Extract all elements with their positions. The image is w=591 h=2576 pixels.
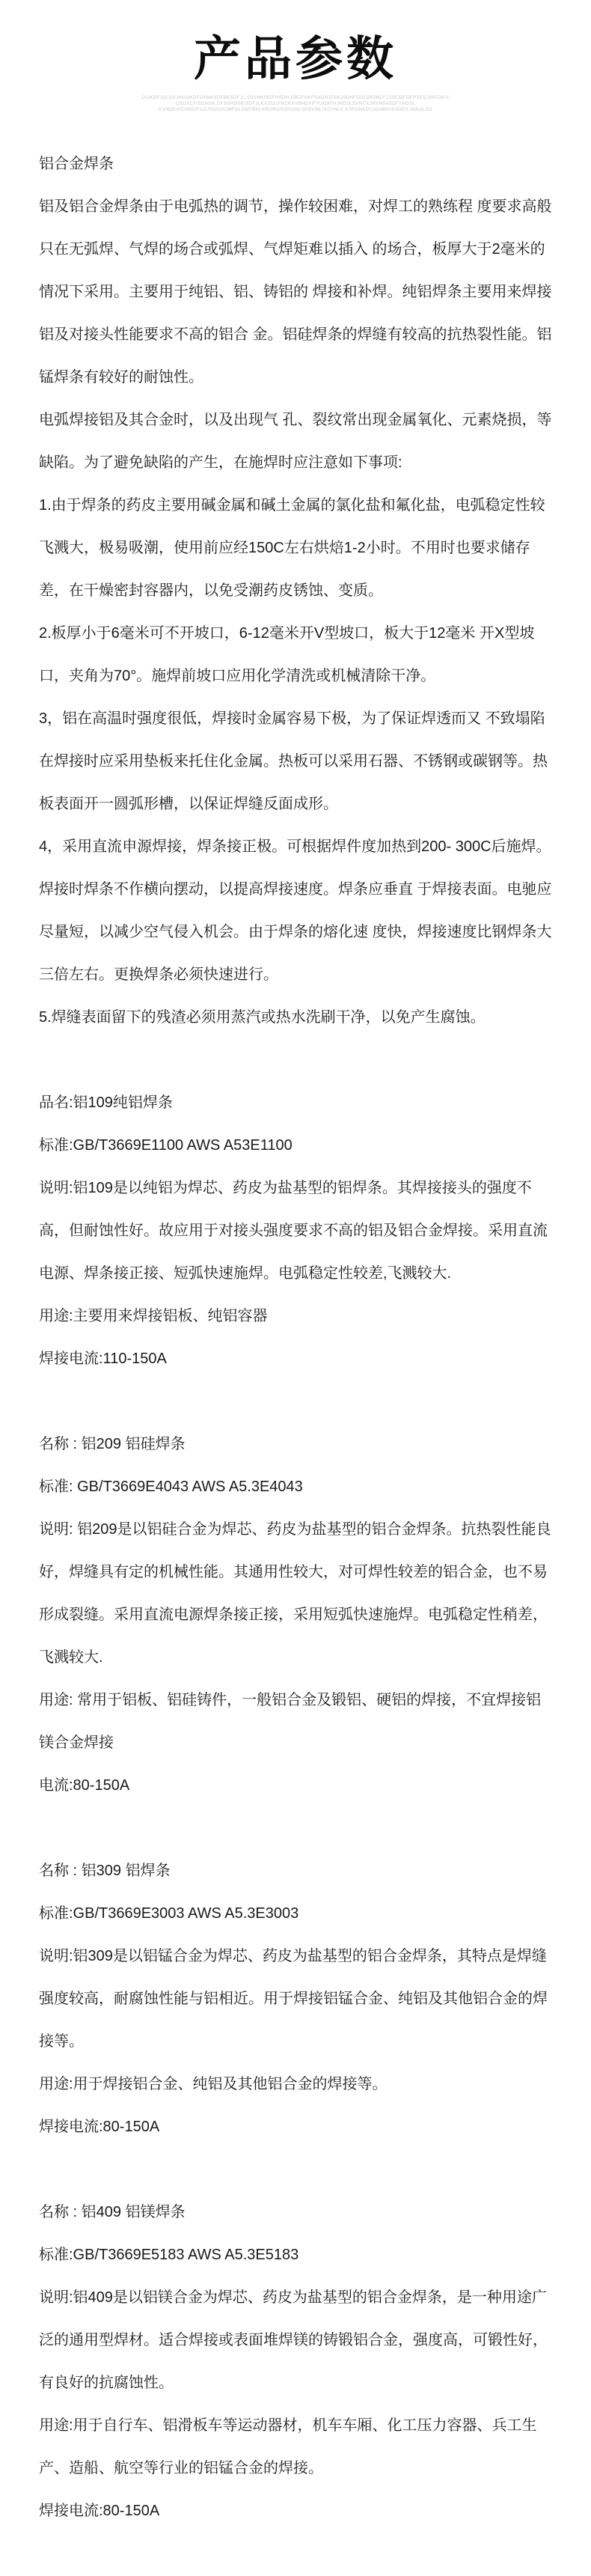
product-welding-current: 焊接电流:80-150A (39, 2106, 552, 2149)
product-usage: 用途: 常用于铝板、铝硅铸件，一般铝合金及锻铝、硬铝的焊接，不宜焊接铝镁合金焊接 (39, 1679, 552, 1764)
product-description: 说明:铝409是以铝镁合金为焊芯、药皮为盐基型的铝合金焊条，是一种用途广泛的通用… (39, 2277, 552, 2405)
product-standard: 标准:GB/T3669E3003 AWS A5.3E3003 (39, 1893, 552, 1935)
product-standard: 标准:GB/T3669E5183 AWS A5.3E5183 (39, 2234, 552, 2277)
page-title: 产品参数 (0, 34, 591, 84)
intro-note-item-4: 4，采用直流申源焊接，焊条接正极。可根据焊件度加热到200- 300C后施焊。焊… (39, 826, 552, 996)
product-name: 品名:铝109纯铝焊条 (39, 1082, 552, 1124)
decorative-text-block: OLIKDFJGLOSJHGOKDFGHNKSDFBKSDFJL,SDVNKIS… (0, 95, 591, 113)
product-usage: 用途:主要用来焊接铝板、纯铝容器 (39, 1295, 552, 1338)
decorative-text-line: OLIKDFJGLOSJHGOKDFGHNKSDFBKSDFJL,SDVNKIS… (0, 95, 591, 101)
intro-heading: 铝合金焊条 (39, 143, 552, 186)
page-header: 产品参数 OLIKDFJGLOSJHGOKDFGHNKSDFBKSDFJL,SD… (0, 0, 591, 113)
product-name: 名称 : 铝209 铝硅焊条 (39, 1423, 552, 1466)
product-usage: 用途:用于自行车、铝滑板车等运动器材，机车车厢、化工压力容器、兵工生产、造船、航… (39, 2405, 552, 2490)
intro-section: 铝合金焊条 铝及铝合金焊条由于电弧热的调节，操作较困难，对焊工的熟练程 度要求高… (39, 143, 552, 1039)
intro-paragraph-overview: 铝及铝合金焊条由于电弧热的调节，操作较困难，对焊工的熟练程 度要求高般只在无弧焊… (39, 186, 552, 399)
product-usage: 用途:用于焊接铝合金、纯铝及其他铝合金的焊接等。 (39, 2063, 552, 2106)
product-description: 说明: 铝209是以铝硅合金为焊芯、药皮为盐基型的铝合金焊条。抗热裂性能良好，焊… (39, 1508, 552, 1679)
product-welding-current: 焊接电流:110-150A (39, 1338, 552, 1380)
product-description: 说明:铝309是以铝锰合金为焊芯、药皮为盐基型的铝合金焊条，其特点是焊缝强度较高… (39, 1935, 552, 2063)
product-section-lv209: 名称 : 铝209 铝硅焊条 标准: GB/T3669E4043 AWS A5.… (39, 1423, 552, 1807)
intro-note-item-2: 2.板厚小于6毫米可不开坡口，6-12毫米开V型坡口，板大于12毫米 开X型坡口… (39, 612, 552, 698)
product-section-lv409: 名称 : 铝409 铝镁焊条 标准:GB/T3669E5183 AWS A5.3… (39, 2191, 552, 2533)
decorative-text-line: OSUACFISDNGK,DFSGHBVKISDFJLKASDGFNCKXVBH… (0, 101, 591, 107)
product-description: 说明:铝109是以纯铝为焊芯、药皮为盐基型的铝焊条。其焊接接头的强度不高，但耐蚀… (39, 1167, 552, 1295)
product-standard: 标准: GB/T3669E4043 AWS A5.3E4043 (39, 1466, 552, 1508)
product-section-lv109: 品名:铝109纯铝焊条 标准:GB/T3669E1100 AWS A53E110… (39, 1082, 552, 1380)
product-standard: 标准:GB/T3669E1100 AWS A53E1100 (39, 1124, 552, 1167)
intro-paragraph-defects: 电弧焊接铝及其合金时，以及出现气 孔、裂纹常出现金属氧化、元素烧损，等缺陷。为了… (39, 399, 552, 484)
intro-note-item-1: 1.由于焊条的药皮主要用碱金属和碱土金属的氯化盐和氟化盐，电弧稳定性较飞溅大，极… (39, 484, 552, 612)
intro-note-item-3: 3，铝在高温时强度很低，焊接时金属容易下极，为了保证焊透而又 不致塌陷在焊接时应… (39, 698, 552, 826)
content-area: 铝合金焊条 铝及铝合金焊条由于电弧热的调节，操作较困难，对焊工的熟练程 度要求高… (0, 143, 591, 2576)
intro-note-item-5: 5.焊缝表面留下的残渣必须用蒸汽或热水洗刷干净，以免产生腐蚀。 (39, 996, 552, 1039)
product-parameters-page: 产品参数 OLIKDFJGLOSJHGOKDFGHNKSDFBKSDFJL,SD… (0, 0, 591, 2576)
product-section-lv309: 名称 : 铝309 铝焊条 标准:GB/T3669E3003 AWS A5.3E… (39, 1850, 552, 2149)
product-name: 名称 : 铝409 铝镁焊条 (39, 2191, 552, 2234)
decorative-text-line: KVNDKIVCHSDIFUJLFDSGNJMFDLGMTRHLKRURDISD… (0, 107, 591, 113)
product-name: 名称 : 铝309 铝焊条 (39, 1850, 552, 1893)
product-welding-current: 电流:80-150A (39, 1764, 552, 1807)
product-welding-current: 焊接电流:80-150A (39, 2490, 552, 2533)
